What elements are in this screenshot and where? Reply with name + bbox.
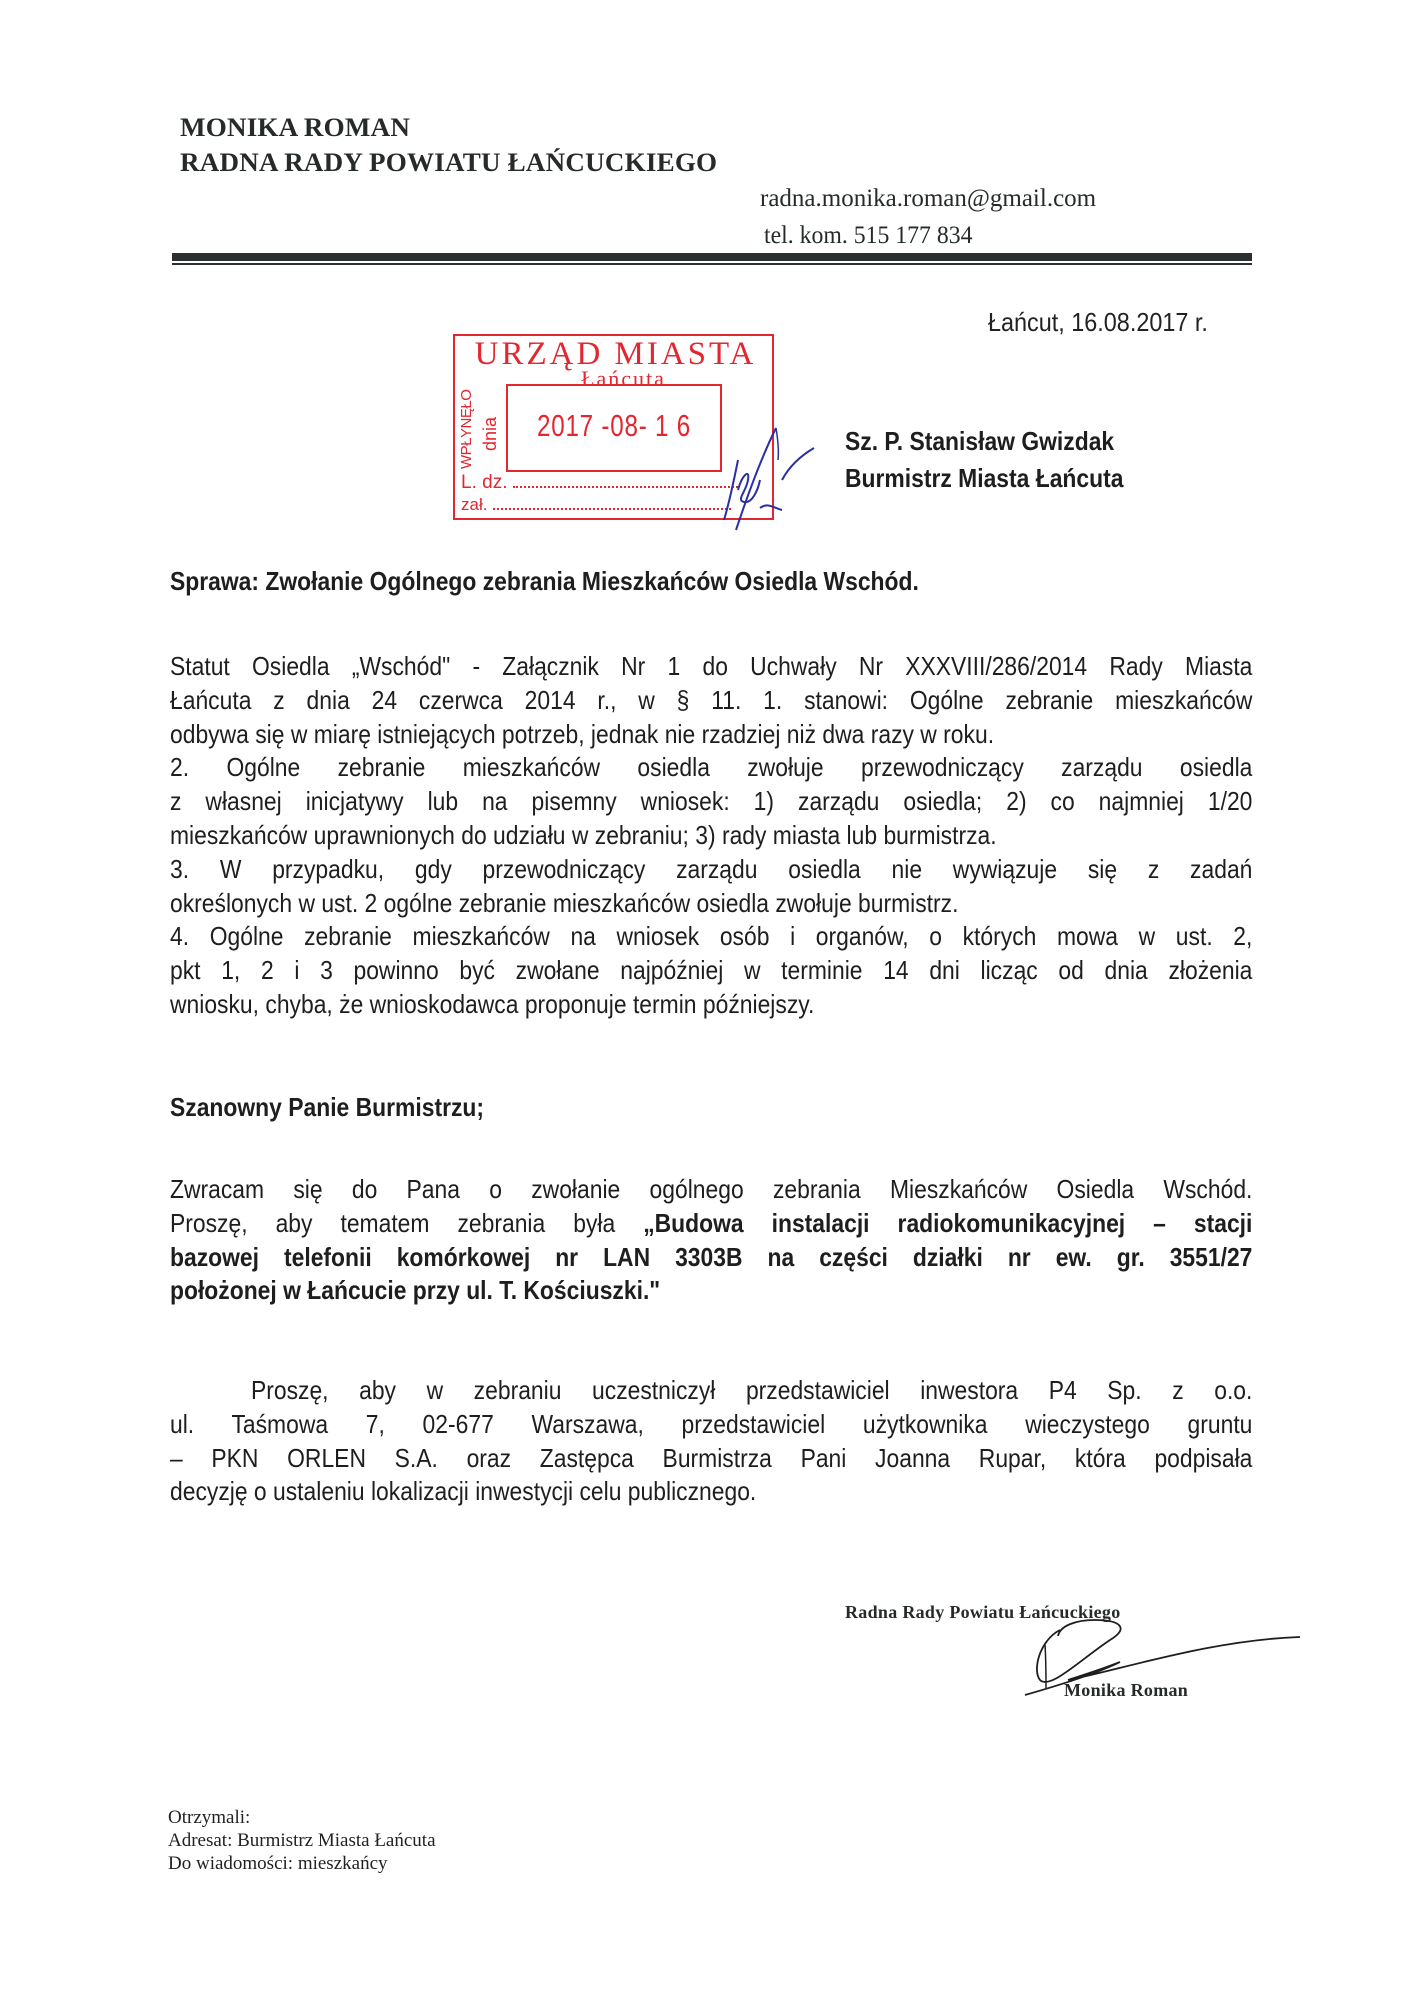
request-line-plain: Proszę, aby tematem zebrania była [170, 1208, 643, 1238]
letterhead-phone: tel. kom. 515 177 834 [764, 222, 972, 250]
recipient-position: Burmistrz Miasta Łańcuta [845, 460, 1123, 497]
request-line: bazowej telefonii komórkowej nr LAN 3303… [170, 1241, 1252, 1275]
statute-line: z własnej inicjatywy lub na pisemny wnio… [170, 785, 1252, 819]
recipient-name: Sz. P. Stanisław Gwizdak [845, 423, 1123, 460]
request-paragraph: Zwracam się do Pana o zwołanie ogólnego … [170, 1173, 1252, 1308]
request-line: Proszę, aby tematem zebrania była „Budow… [170, 1207, 1252, 1241]
handwritten-initials-icon [716, 420, 816, 535]
stamp-ldz-dots [513, 472, 738, 488]
statute-line: pkt 1, 2 i 3 powinno być zwołane najpóźn… [170, 954, 1252, 988]
statute-line: Statut Osiedla „Wschód" - Załącznik Nr 1… [170, 650, 1252, 684]
request-line: położonej w Łańcucie przy ul. T. Kościus… [170, 1274, 1252, 1308]
stamp-ldz-label: L. dz. [461, 472, 507, 493]
stamp-date-box: 2017 -08- 1 6 [506, 384, 722, 472]
stamp-date: 2017 -08- 1 6 [531, 408, 696, 444]
request-line: Zwracam się do Pana o zwołanie ogólnego … [170, 1173, 1252, 1207]
request-topic-start: „Budowa instalacji radiokomunikacyjnej –… [643, 1208, 1252, 1238]
letterhead-title: RADNA RADY POWIATU ŁAŃCUCKIEGO [180, 148, 717, 178]
distribution-addressee: Adresat: Burmistrz Miasta Łańcuta [168, 1829, 436, 1852]
statute-line: określonych w ust. 2 ogólne zebranie mie… [170, 887, 1252, 921]
statute-line: 4. Ogólne zebranie mieszkańców na wniose… [170, 920, 1252, 954]
statute-line: 2. Ogólne zebranie mieszkańców osiedla z… [170, 751, 1252, 785]
distribution-list: Otrzymali: Adresat: Burmistrz Miasta Łań… [168, 1806, 436, 1875]
statute-line: odbywa się w miarę istniejących potrzeb,… [170, 718, 1252, 752]
request-topic-end: położonej w Łańcucie przy ul. T. Kościus… [170, 1275, 660, 1305]
statute-line: Łańcuta z dnia 24 czerwca 2014 r., w § 1… [170, 684, 1252, 718]
participants-line: decyzję o ustaleniu lokalizacji inwestyc… [170, 1475, 1252, 1509]
distribution-heading: Otrzymali: [168, 1806, 436, 1829]
letterhead-name: MONIKA ROMAN [180, 113, 410, 143]
participants-line: ul. Taśmowa 7, 02-677 Warszawa, przedsta… [170, 1408, 1252, 1442]
stamp-ldz-row: L. dz. [461, 472, 738, 494]
statute-line: 3. W przypadku, gdy przewodniczący zarzą… [170, 853, 1252, 887]
stamp-day-label: dnia [480, 417, 501, 451]
recipient-block: Sz. P. Stanisław Gwizdak Burmistrz Miast… [845, 423, 1123, 497]
participants-paragraph: Proszę, aby w zebraniu uczestniczył prze… [170, 1374, 1252, 1509]
signature-name: Monika Roman [1064, 1680, 1188, 1701]
request-topic-middle: bazowej telefonii komórkowej nr LAN 3303… [170, 1242, 1252, 1272]
letterhead-rule-thin [172, 263, 1252, 265]
participants-line-text: Proszę, aby w zebraniu uczestniczył prze… [251, 1375, 1252, 1405]
subject-line: Sprawa: Zwołanie Ogólnego zebrania Miesz… [170, 566, 919, 597]
participants-line: Proszę, aby w zebraniu uczestniczył prze… [170, 1374, 1252, 1408]
stamp-vertical-labels: WPŁYNĘŁO dnia [458, 391, 504, 469]
statute-line: mieszkańców uprawnionych do udziału w ze… [170, 819, 1252, 853]
letterhead-rule-thick [172, 253, 1252, 261]
stamp-zal-row: zał. [461, 494, 731, 515]
stamp-zal-label: zał. [461, 495, 487, 514]
statute-line: wniosku, chyba, że wnioskodawca proponuj… [170, 988, 1252, 1022]
distribution-cc: Do wiadomości: mieszkańcy [168, 1852, 436, 1875]
salutation: Szanowny Panie Burmistrzu; [170, 1092, 484, 1123]
stamp-received-label: WPŁYNĘŁO [458, 390, 475, 469]
statute-paragraph: Statut Osiedla „Wschód" - Załącznik Nr 1… [170, 650, 1252, 1022]
participants-line: – PKN ORLEN S.A. oraz Zastępca Burmistrz… [170, 1442, 1252, 1476]
letterhead-email: radna.monika.roman@gmail.com [760, 185, 1096, 213]
stamp-zal-dots [493, 494, 731, 510]
place-date: Łańcut, 16.08.2017 r. [988, 307, 1208, 338]
